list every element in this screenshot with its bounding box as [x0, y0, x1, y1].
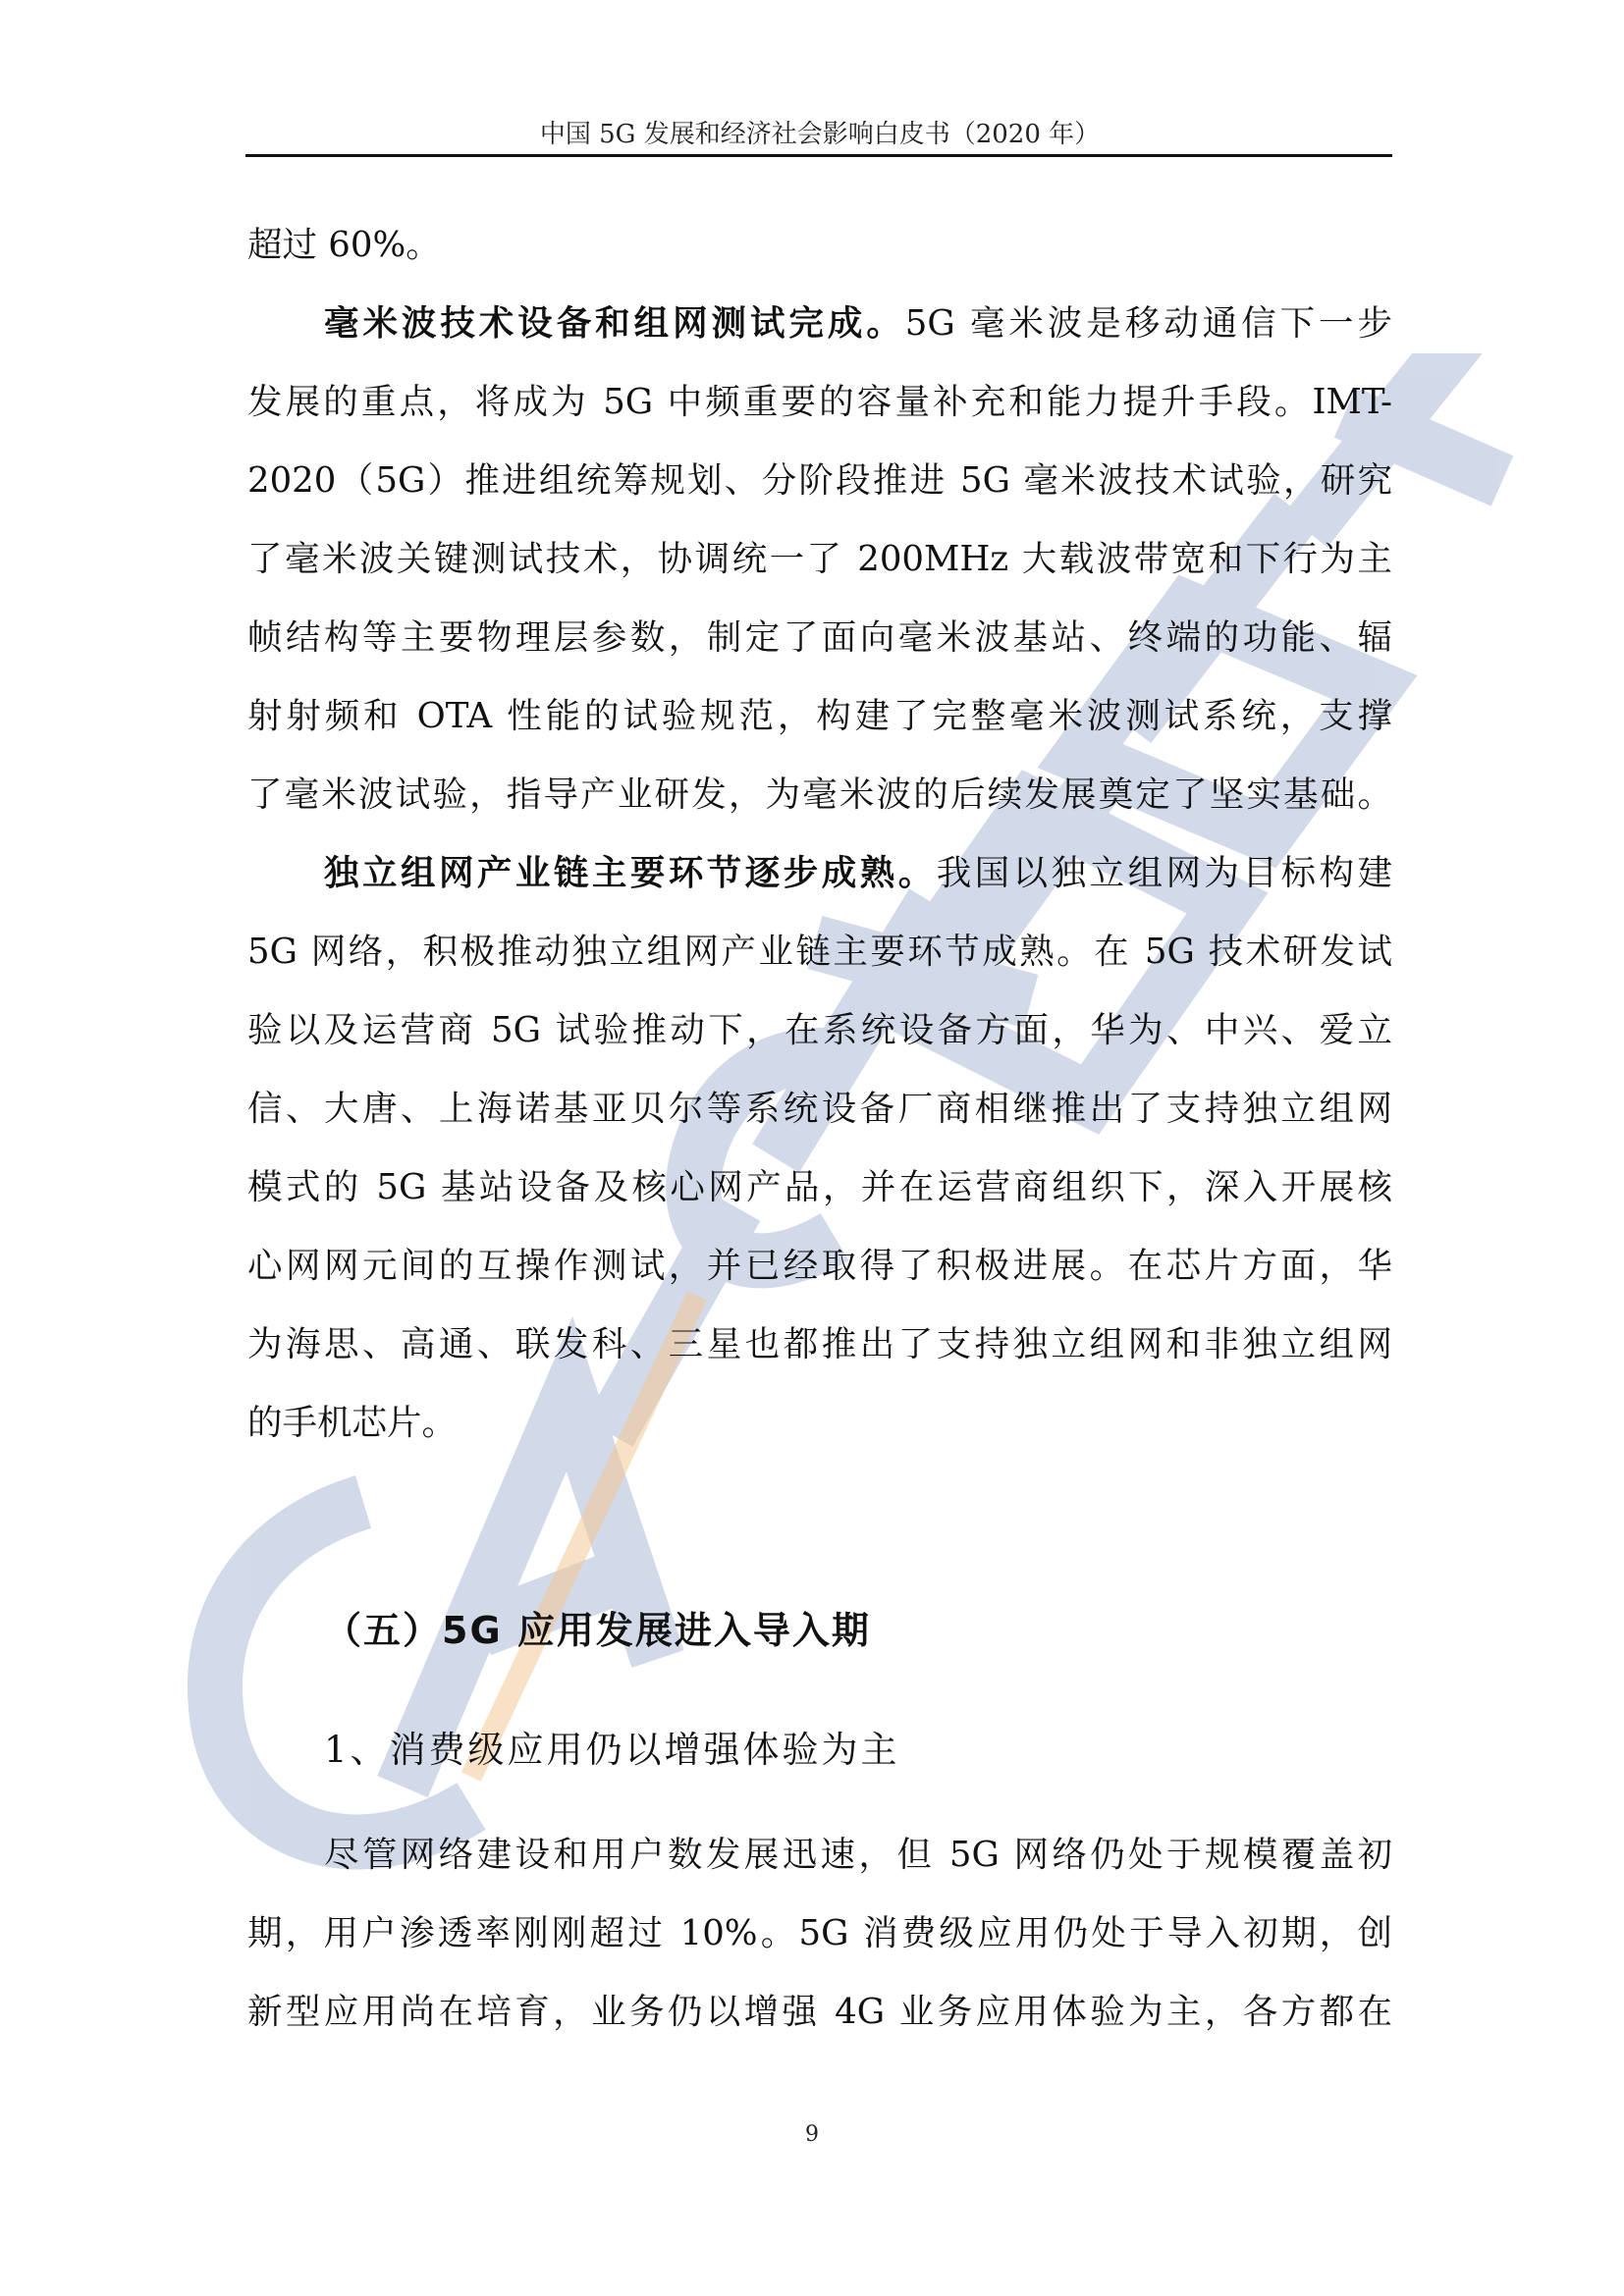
paragraph-sa-line-3: 验以及运营商 5G 试验推动下，在系统设备方面，华为、中兴、爱立 [247, 1007, 1392, 1054]
header-divider [245, 154, 1392, 157]
paragraph-lead-sa: 独立组网产业链主要环节逐步成熟。 [324, 853, 937, 893]
text: 我国以独立组网为目标构建 [937, 853, 1392, 893]
paragraph-consumer-line-3: 新型应用尚在培育，业务仍以增强 4G 业务应用体验为主，各方都在 [247, 1989, 1392, 2036]
paragraph-mmwave-line-5: 帧结构等主要物理层参数，制定了面向毫米波基站、终端的功能、辐 [247, 614, 1392, 662]
paragraph-continuation: 超过 60%。 [247, 222, 1392, 269]
text: 超过 60%。 [247, 225, 441, 265]
paragraph-consumer-line-1: 尽管网络建设和用户数发展迅速，但 5G 网络仍处于规模覆盖初 [247, 1832, 1392, 1879]
paragraph-sa-line-2: 5G 网络，积极推动独立组网产业链主要环节成熟。在 5G 技术研发试 [247, 929, 1392, 976]
paragraph-consumer-line-2: 期，用户渗透率刚刚超过 10%。5G 消费级应用仍处于导入初期，创 [247, 1910, 1392, 1957]
document-page: 中国 5G 发展和经济社会影响白皮书（2020 年） 超过 6 [0, 0, 1624, 2296]
paragraph-sa-line-7: 为海思、高通、联发科、三星也都推出了支持独立组网和非独立组网 [247, 1321, 1392, 1368]
paragraph-mmwave-line-7: 了毫米波试验，指导产业研发，为毫米波的后续发展奠定了坚实基础。 [247, 772, 1392, 819]
paragraph-sa-line-6: 心网网元间的互操作测试，并已经取得了积极进展。在芯片方面，华 [247, 1243, 1392, 1290]
paragraph-sa-line-5: 模式的 5G 基站设备及核心网产品，并在运营商组织下，深入开展核 [247, 1164, 1392, 1211]
paragraph-mmwave-line-1: 毫米波技术设备和组网测试完成。5G 毫米波是移动通信下一步 [247, 300, 1392, 347]
text: 5G 毫米波是移动通信下一步 [905, 303, 1392, 344]
paragraph-mmwave-line-3: 2020（5G）推进组统筹规划、分阶段推进 5G 毫米波技术试验，研究 [247, 457, 1392, 505]
paragraph-sa-line-8: 的手机芯片。 [247, 1400, 1392, 1447]
paragraph-mmwave-line-4: 了毫米波关键测试技术，协调统一了 200MHz 大载波带宽和下行为主 [247, 536, 1392, 583]
running-header-title: 中国 5G 发展和经济社会影响白皮书（2020 年） [245, 114, 1394, 150]
sub-heading: 1、消费级应用仍以增强体验为主 [324, 1720, 900, 1773]
paragraph-mmwave-line-2: 发展的重点，将成为 5G 中频重要的容量补充和能力提升手段。IMT- [247, 379, 1392, 426]
paragraph-lead-mmwave: 毫米波技术设备和组网测试完成。 [324, 303, 905, 344]
page-number: 9 [0, 2122, 1624, 2147]
paragraph-mmwave-line-6: 射射频和 OTA 性能的试验规范，构建了完整毫米波测试系统，支撑 [247, 693, 1392, 740]
paragraph-sa-line-4: 信、大唐、上海诺基亚贝尔等系统设备厂商相继推出了支持独立组网 [247, 1086, 1392, 1133]
section-heading: （五）5G 应用发展进入导入期 [324, 1600, 871, 1654]
paragraph-sa-line-1: 独立组网产业链主要环节逐步成熟。我国以独立组网为目标构建 [247, 850, 1392, 897]
